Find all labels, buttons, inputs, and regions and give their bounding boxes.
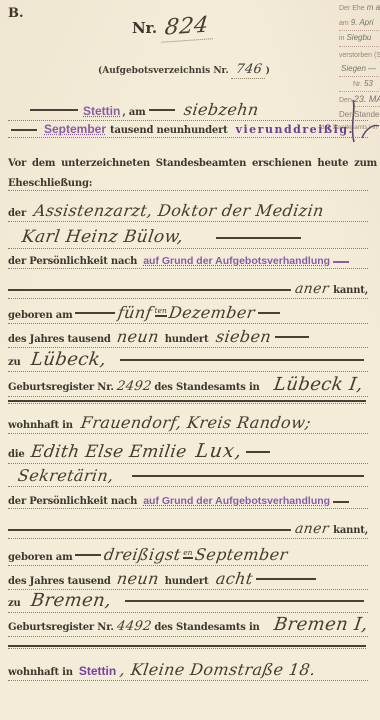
groom-recognized-print: kannt, [333,285,368,296]
bride-born-day-suffix: en [183,548,192,559]
section-divider [8,400,366,402]
groom-year-label2: hundert [165,334,209,345]
rule-filler [8,288,291,291]
aufgebot-note-row: (Aufgebotsverzeichnis Nr. 746 ) [98,62,270,79]
groom-recognized-row: aner kannt, [8,281,368,297]
bride-birthplace: Bremen, [29,590,112,611]
groom-born-row: geboren am fünf ten Dezember [8,303,368,322]
groom-article: der [8,208,26,219]
bride-recognized-row: aner kannt, [8,521,368,537]
rule-filler [132,474,364,477]
bride-occupation: Sekretärin, [17,466,115,485]
fill-dash [275,335,309,338]
groom-identity-stamp: auf Grund der Aufgebotsverhandlung [143,255,330,267]
groom-residence: Frauendorf, Kreis Randow; [80,413,313,432]
groom-year-hand1: neun [115,327,160,346]
bride-year-row: des Jahres tausend neun hundert acht [8,569,368,588]
margin-stamp-line6: Nr. 53 [339,78,380,93]
fill-dash [258,311,280,314]
groom-register-row: Geburtsregister Nr. 2492 des Standesamts… [8,374,368,395]
bride-year-label2: hundert [165,576,209,587]
margin-l4-print: verstorben (St.A [339,50,380,63]
bride-identity-label: der Persönlichkeit nach [8,496,137,507]
margin-l2-print: am [339,18,349,31]
bride-residence-stamp: Stettin [79,664,116,678]
bride-residence-row: wohnhaft in Stettin , Kleine Domstraße 1… [8,660,368,679]
groom-zu-label: zu [8,357,21,368]
groom-residence-row: wohnhaft in Frauendorf, Kreis Randow; [8,413,368,432]
groom-name-row: Karl Heinz Bülow, [8,227,368,247]
margin-l5-hand: Siegen — [341,63,376,76]
registry-document-page: B. Nr. 824 (Aufgebotsverzeichnis Nr. 746… [0,0,380,720]
day-handwritten: siebzehn [182,100,259,119]
groom-year-row: des Jahres tausend neun hundert sieben [8,327,368,346]
rule-filler [125,599,364,602]
intro-line2-row: Eheschließung: [8,178,368,189]
bride-identity-row: der Persönlichkeit nach auf Grund der Au… [8,495,368,507]
record-number-value: 824 [161,12,216,43]
margin-stamp-line4: verstorben (St.A [339,50,380,63]
groom-identity-label: der Persönlichkeit nach [8,256,137,267]
groom-register-label1: Geburtsregister Nr. [8,382,114,393]
bride-given-names: Edith Else Emilie [29,442,187,462]
bride-born-day: dreißigst [103,545,182,564]
bride-register-number: 4492 [116,619,153,634]
bride-birthplace-row: zu Bremen, [8,590,368,611]
bride-year-hand1: neun [115,569,160,588]
rule-filler [120,358,364,361]
groom-register-number: 2492 [116,379,153,394]
bride-born-month: September [193,545,288,564]
bride-year-label1: des Jahres tausend [8,576,111,587]
bride-register-place: Bremen I, [272,614,369,635]
bride-recognized-print: kannt, [333,525,368,536]
intro-line1: Vor dem unterzeichneten Standesbeamten e… [8,158,380,169]
margin-l6-hand: 53 [364,78,373,91]
section-divider [8,645,366,647]
intro-line1-row: Vor dem unterzeichneten Standesbeamten e… [8,158,368,169]
groom-residence-label: wohnhaft in [8,420,73,431]
bride-residence-hand: , Kleine Domstraße 18. [119,660,317,679]
groom-born-day: fünf [117,303,154,322]
page-corner-letter: B. [8,6,24,21]
groom-born-day-suffix: ten [155,306,167,317]
fill-dash [256,577,316,580]
margin-stamp-line3: in Siegbu [339,32,380,47]
groom-occupation-row: der Assistenzarzt, Doktor der Medizin [8,201,368,220]
fill-dash [149,108,175,111]
am-label: , am [122,107,145,118]
bride-zu-label: zu [8,598,21,609]
intro-line2: Eheschließung: [8,178,92,189]
fill-dash [216,236,301,239]
dateline-year-row: September tausend neunhundert vierunddre… [8,122,368,136]
groom-recognized-hand: aner [294,281,330,297]
margin-stamp-line1: Der Ehe m a [339,2,380,16]
rule-filler [8,528,291,531]
margin-l1-print: Der Ehe [339,3,365,16]
fill-dash [246,450,270,453]
groom-born-month: Dezember [167,303,256,322]
year-stamp: vierunddreißig. [236,123,354,136]
aufgebot-number: 746 [230,62,266,79]
bride-born-label: geboren am [8,552,72,563]
margin-l3-print: in [339,33,344,46]
bride-recognized-hand: aner [294,521,330,537]
place-stamp: Stettin [83,104,120,118]
groom-birthplace-row: zu Lübeck, [8,349,368,370]
aufgebot-prefix: (Aufgebotsverzeichnis Nr. [98,66,229,76]
groom-year-hand2: sieben [215,327,273,346]
month-stamp: September [44,122,106,136]
bride-born-row: geboren am dreißigst en September [8,545,368,564]
bride-residence-label: wohnhaft in [8,667,73,678]
margin-stamp-line2: am 9. Apri [339,17,380,32]
margin-l1-hand: m a [367,2,380,15]
fill-dash [75,311,115,314]
groom-register-label2: des Standesamts in [154,382,259,393]
bride-register-label1: Geburtsregister Nr. [8,622,114,633]
groom-year-label1: des Jahres tausend [8,334,111,345]
fill-dash [333,500,349,503]
margin-l6-print: Nr. [353,79,362,92]
bride-register-label2: des Standesamts in [154,622,259,633]
groom-birthplace: Lübeck, [29,349,107,370]
bride-article: die [8,449,25,460]
margin-l3-hand: Siegbu [346,32,371,45]
bride-surname: Lux, [195,440,245,462]
fill-dash [333,260,349,263]
bride-register-row: Geburtsregister Nr. 4492 des Standesamts… [8,614,368,635]
bride-occupation-row: Sekretärin, [8,466,368,485]
groom-register-place: Lübeck I, [272,374,364,395]
bride-year-hand2: acht [215,569,255,588]
margin-stamp-line5: Siegen — [339,63,380,77]
record-number-row: Nr. 824 [132,14,214,41]
groom-occupation: Assistenzarzt, Doktor der Medizin [33,201,325,220]
bride-identity-stamp: auf Grund der Aufgebotsverhandlung [143,495,330,507]
groom-name: Karl Heinz Bülow, [21,227,185,247]
margin-l2-hand: 9. Apri [351,17,374,30]
year-printed-label: tausend neunhundert [110,125,228,136]
groom-born-label: geboren am [8,310,72,321]
bride-name-row: die Edith Else Emilie Lux, [8,440,368,462]
nr-label: Nr. [132,19,157,37]
fill-dash [30,108,78,111]
groom-identity-row: der Persönlichkeit nach auf Grund der Au… [8,255,368,267]
fill-dash [11,128,37,131]
fill-dash [75,553,101,556]
dateline-place-row: Stettin , am siebzehn [8,100,368,119]
